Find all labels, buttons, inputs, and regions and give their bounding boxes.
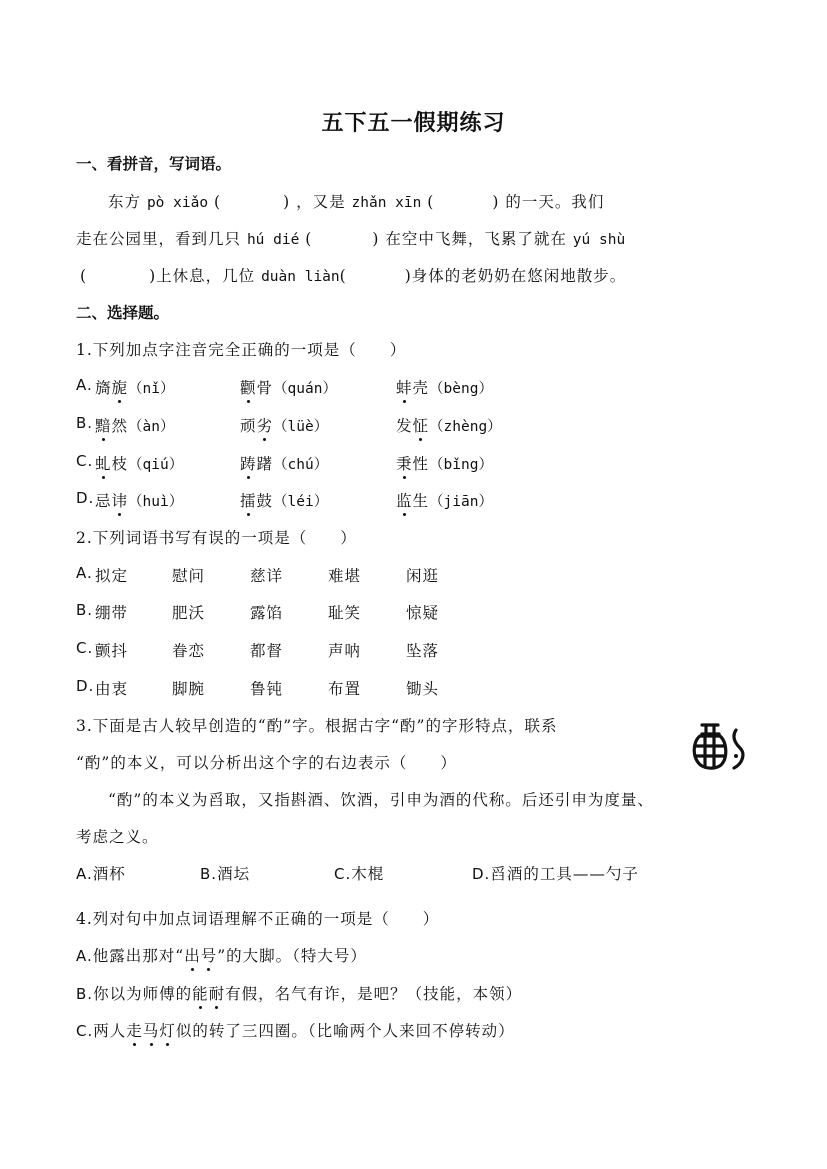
option[interactable]: C.两人走马灯似的转了三四圈。（比喻两个人来回不停转动） (76, 1019, 515, 1041)
character: 骨 (257, 379, 274, 397)
dotted-character: 号 (201, 944, 218, 966)
text: 在空中飞舞，飞累了就在 (385, 230, 567, 248)
character: 怔 (413, 414, 430, 436)
close-paren: ) (372, 230, 379, 248)
pinyin: （àn） (128, 419, 174, 435)
option-text: 他露出那对“ (93, 947, 184, 965)
option-word: 监生（jiān） (396, 489, 493, 511)
pinyin-line-3: ()上休息，几位 duàn liàn()身体的老奶奶在悠闲地散步。 (80, 264, 626, 286)
option-label: B. (200, 865, 217, 883)
option-label: B. (76, 985, 93, 1003)
character: 劣 (257, 414, 274, 436)
pinyin: （bèng） (429, 381, 493, 397)
pinyin: （léi） (273, 494, 328, 510)
option-word: 慈详 (250, 564, 283, 586)
option-word: 踌躇（chú） (240, 452, 328, 474)
option-text: ”的大脚。（特大号） (217, 947, 367, 965)
character: 蚌 (396, 376, 413, 398)
close-paren: ) (492, 193, 499, 211)
option-word: 虬枝（qiú） (95, 452, 183, 474)
open-paren: ( (80, 267, 87, 285)
character: 鼓 (257, 492, 274, 510)
pinyin: （bǐng） (429, 457, 493, 473)
dotted-character: 出 (184, 944, 201, 966)
option-label: D. (472, 865, 490, 883)
pinyin: pò xiǎo (147, 195, 208, 211)
character: 发 (396, 417, 413, 435)
text: 走在公园里，看到几只 (76, 230, 241, 248)
option-word: 秉性（bǐng） (396, 452, 493, 474)
pinyin: （jiān） (429, 494, 493, 510)
option-word: 坠落 (406, 639, 439, 661)
option-word: 耻笑 (328, 601, 361, 623)
option-word: 拟定 (95, 564, 128, 586)
pinyin: （quán） (273, 381, 337, 397)
option-label[interactable]: B. (76, 601, 93, 619)
character: 性 (413, 455, 430, 473)
option-label: C. (334, 865, 351, 883)
section-2-heading: 二、选择题。 (76, 301, 169, 323)
open-paren: ( (340, 267, 347, 285)
text: 的一天。我们 (505, 193, 604, 211)
option-word: 慰问 (172, 564, 205, 586)
character: 忌 (95, 492, 112, 510)
option-word: 难堪 (328, 564, 361, 586)
option-word: 声呐 (328, 639, 361, 661)
option-label[interactable]: A. (76, 376, 93, 394)
option-label: A. (76, 947, 93, 965)
section-1-heading: 一、看拼音，写词语。 (76, 152, 231, 174)
pinyin: yú shù (573, 232, 625, 248)
option-word: 绷带 (95, 601, 128, 623)
option-word: 忌讳（huì） (95, 489, 183, 511)
dotted-word: 走马灯 (126, 1022, 176, 1040)
question-3-stem-line-2: “酌”的本义，可以分析出这个字的右边表示（ ） (76, 751, 457, 773)
option-word: 蚌壳（bèng） (396, 376, 493, 398)
character: 然 (112, 417, 129, 435)
option-label[interactable]: C. (76, 639, 93, 657)
dotted-character: 走 (126, 1019, 143, 1041)
question-3-note-line-2: 考虑之义。 (76, 825, 159, 847)
character: 旎 (112, 376, 129, 398)
option-label[interactable]: B. (76, 414, 93, 432)
option[interactable]: C.木棍 (334, 862, 384, 884)
option-text: 木棍 (351, 865, 384, 883)
option-word: 露馅 (250, 601, 283, 623)
open-paren: ( (305, 230, 312, 248)
question-3-stem-line-1: 3.下面是古人较早创造的“酌”字。根据古字“酌”的字形特点，联系 (76, 714, 558, 736)
pinyin: （qiú） (128, 457, 183, 473)
character: 颧 (240, 376, 257, 398)
option-word: 顽劣（lüè） (240, 414, 328, 436)
pinyin: （huì） (128, 494, 183, 510)
character: 躇 (257, 455, 274, 473)
text: 东方 (108, 193, 141, 211)
text: ，又是 (296, 193, 346, 211)
dotted-character: 马 (143, 1019, 160, 1041)
option-label[interactable]: D. (76, 677, 94, 695)
close-paren: ) (283, 193, 290, 211)
option-word: 旖旎（nǐ） (95, 376, 175, 398)
text: 身体的老奶奶在悠闲地散步。 (412, 267, 627, 285)
question-2-stem: 2.下列词语书写有误的一项是（ ） (76, 526, 357, 548)
option-text: 两人 (93, 1022, 126, 1040)
option-word: 脚腕 (172, 677, 205, 699)
option-word: 锄头 (406, 677, 439, 699)
close-paren: ) (405, 267, 412, 285)
pinyin: （nǐ） (128, 381, 174, 397)
pinyin: hú dié (247, 232, 299, 248)
character: 生 (413, 492, 430, 510)
option[interactable]: B.酒坛 (200, 862, 250, 884)
character: 黯 (95, 414, 112, 436)
character: 旖 (95, 379, 112, 397)
option-label: C. (76, 1022, 93, 1040)
pinyin: zhǎn xīn (352, 195, 422, 211)
character: 擂 (240, 489, 257, 511)
option-label[interactable]: D. (76, 489, 94, 507)
option-word: 惊疑 (406, 601, 439, 623)
pinyin-line-2: 走在公园里，看到几只 hú dié () 在空中飞舞，飞累了就在 yú shù (76, 227, 625, 249)
option-text: 似的转了三四圈。（比喻两个人来回不停转动） (176, 1022, 515, 1040)
dotted-word: 出号 (184, 947, 217, 965)
question-4-stem: 4.列对句中加点词语理解不正确的一项是（ ） (76, 907, 439, 929)
question-3-note-line-1: “酌”的本义为舀取，又指斟酒、饮酒，引申为酒的代称。后还引申为度量、 (108, 788, 654, 810)
option[interactable]: A.他露出那对“出号”的大脚。（特大号） (76, 944, 367, 966)
open-paren: ( (427, 193, 434, 211)
option-text: 舀酒的工具——勺子 (490, 865, 639, 883)
character: 顽 (240, 417, 257, 435)
pinyin-line-1: 东方 pò xiǎo () ，又是 zhǎn xīn () 的一天。我们 (108, 190, 604, 212)
option-label: A. (76, 865, 93, 883)
option[interactable]: D.舀酒的工具——勺子 (472, 862, 639, 884)
dotted-character: 能 (192, 982, 209, 1004)
option-word: 都督 (250, 639, 283, 661)
dotted-character: 灯 (159, 1019, 176, 1041)
option-word: 擂鼓（léi） (240, 489, 328, 511)
character: 踌 (240, 452, 257, 474)
option-label[interactable]: A. (76, 564, 93, 582)
option-label[interactable]: C. (76, 452, 93, 470)
option-word: 颤抖 (95, 639, 128, 661)
character: 秉 (396, 452, 413, 474)
character: 虬 (95, 452, 112, 474)
option-word: 由衷 (95, 677, 128, 699)
ancient-zhuo-character-image (688, 722, 758, 770)
option-text: 酒杯 (93, 865, 126, 883)
option-word: 黯然（àn） (95, 414, 175, 436)
open-paren: ( (214, 193, 221, 211)
worksheet-page: 五下五一假期练习 一、看拼音，写词语。 东方 pò xiǎo () ，又是 zh… (0, 0, 827, 1169)
option-text: 你以为师傅的 (93, 985, 192, 1003)
character: 枝 (112, 455, 129, 473)
dotted-word: 能耐 (192, 985, 225, 1003)
option-word: 发怔（zhèng） (396, 414, 502, 436)
pinyin: （lüè） (273, 419, 328, 435)
pinyin: （zhèng） (429, 419, 502, 435)
character: 监 (396, 489, 413, 511)
option-word: 布置 (328, 677, 361, 699)
option-text: 有假，名气有诈，是吧？（技能，本领） (225, 985, 522, 1003)
option-text: 酒坛 (217, 865, 250, 883)
option-word: 闲逛 (406, 564, 439, 586)
question-1-stem: 1.下列加点字注音完全正确的一项是（ ） (76, 338, 406, 360)
dotted-character: 耐 (209, 982, 226, 1004)
pinyin: duàn liàn (261, 269, 340, 285)
pinyin: （chú） (273, 457, 328, 473)
text: 上休息，几位 (156, 267, 255, 285)
option-word: 颧骨（quán） (240, 376, 337, 398)
character: 讳 (112, 489, 129, 511)
option-word: 肥沃 (172, 601, 205, 623)
option[interactable]: B.你以为师傅的能耐有假，名气有诈，是吧？（技能，本领） (76, 982, 522, 1004)
option[interactable]: A.酒杯 (76, 862, 126, 884)
character: 壳 (413, 379, 430, 397)
option-word: 眷恋 (172, 639, 205, 661)
page-title: 五下五一假期练习 (0, 106, 827, 137)
option-word: 鲁钝 (250, 677, 283, 699)
